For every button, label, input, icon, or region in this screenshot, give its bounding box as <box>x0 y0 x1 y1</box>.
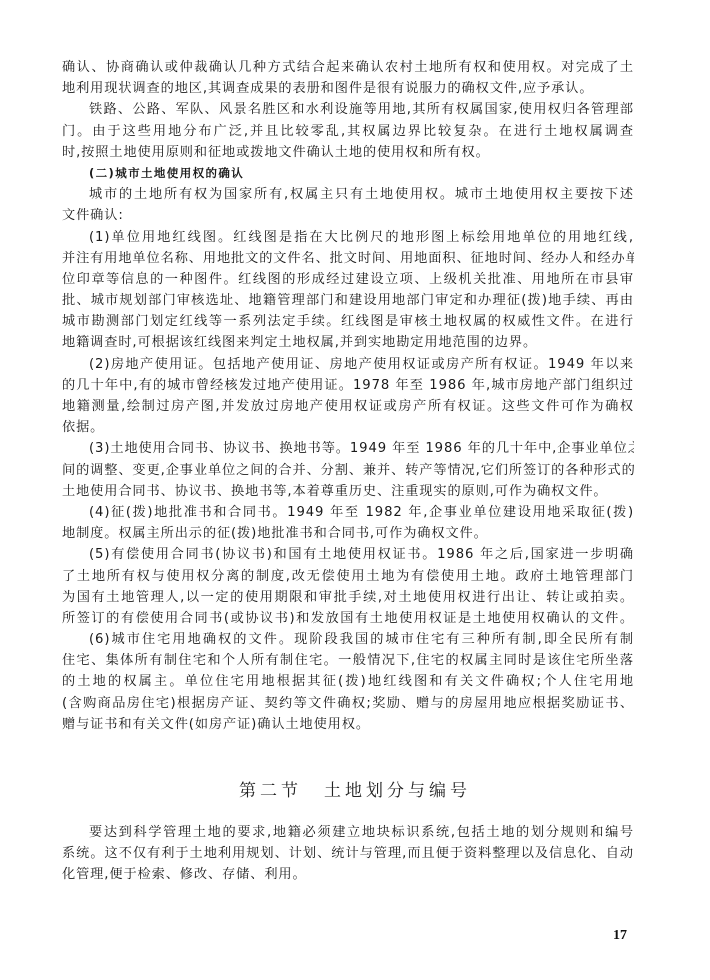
text-line: 时,按照土地使用原则和征地或拨地文件确认土地的使用权和所有权。 <box>62 142 634 163</box>
section-heading: 第二节土地划分与编号 <box>0 776 710 801</box>
text-line: 化管理,便于检索、修改、存储、利用。 <box>62 864 634 885</box>
section-number: 第二节 <box>239 781 302 801</box>
page-number: 17 <box>613 928 627 944</box>
text-line: 住宅、集体所有制住宅和个人所有制住宅。一般情况下,住宅的权属主同时是该住宅所坐落 <box>62 650 634 671</box>
text-line: 地籍测量,绘制过房产图,并发放过房地产使用权证或房产所有权证。这些文件可作为确权 <box>62 396 634 417</box>
text-line: 地籍调查时,可根据该红线图来判定土地权属,并到实地勘定用地范围的边界。 <box>62 332 634 353</box>
text-line: 为国有土地管理人,以一定的使用期限和审批手续,对土地使用权进行出让、转让或拍卖。 <box>62 587 634 608</box>
text-line: 依据。 <box>62 417 634 438</box>
text-line: 间的调整、变更,企事业单位之间的合并、分割、兼并、转产等情况,它们所签订的各种形… <box>62 460 634 481</box>
document-body: 确认、协商确认或仲裁确认几种方式结合起来确认农村土地所有权和使用权。对完成了土地… <box>62 57 634 735</box>
text-line: 城市勘测部门划定红线等一系列法定手续。红线图是审核土地权属的权威性文件。在进行 <box>62 311 634 332</box>
text-line: 所签订的有偿使用合同书(或协议书)和发放国有土地使用权证是土地使用权确认的文件。 <box>62 608 634 629</box>
text-line: 地制度。权属主所出示的征(拨)地批准书和合同书,可作为确权文件。 <box>62 523 634 544</box>
text-line: 门。由于这些用地分布广泛,并且比较零乱,其权属边界比较复杂。在进行土地权属调查 <box>62 121 634 142</box>
text-line: 确认、协商确认或仲裁确认几种方式结合起来确认农村土地所有权和使用权。对完成了土 <box>62 57 634 78</box>
text-line: 要达到科学管理土地的要求,地籍必须建立地块标识系统,包括土地的划分规则和编号 <box>62 822 634 843</box>
paragraph-block-land-division: 要达到科学管理土地的要求,地籍必须建立地块标识系统,包括土地的划分规则和编号系统… <box>62 822 634 886</box>
text-line: 土地使用合同书、协议书、换地书等,本着尊重历史、注重现实的原则,可作为确权文件。 <box>62 481 634 502</box>
paragraph-block-urban-land: 城市的土地所有权为国家所有,权属主只有土地使用权。城市土地使用权主要按下述文件确… <box>62 184 634 735</box>
text-line: 地利用现状调查的地区,其调查成果的表册和图件是很有说服力的确权文件,应予承认。 <box>62 78 634 99</box>
text-line: 的几十年中,有的城市曾经核发过地产使用证。1978 年至 1986 年,城市房地… <box>62 375 634 396</box>
text-line: 系统。这不仅有利于土地利用规划、计划、统计与管理,而且便于资料整理以及信息化、自… <box>62 843 634 864</box>
text-line: 赠与证书和有关文件(如房产证)确认土地使用权。 <box>62 714 634 735</box>
text-line: (2)房地产使用证。包括地产使用证、房地产使用权证或房产所有权证。1949 年以… <box>62 354 634 375</box>
text-line: 文件确认: <box>62 205 634 226</box>
text-line: 的土地的权属主。单位住宅用地根据其征(拨)地红线图和有关文件确权;个人住宅用地 <box>62 671 634 692</box>
text-line: (含购商品房住宅)根据房产证、契约等文件确权;奖励、赠与的房屋用地应根据奖励证书… <box>62 693 634 714</box>
paragraph-block-rural-land: 确认、协商确认或仲裁确认几种方式结合起来确认农村土地所有权和使用权。对完成了土地… <box>62 57 634 163</box>
text-line: 了土地所有权与使用权分离的制度,改无偿使用土地为有偿使用土地。政府土地管理部门 <box>62 566 634 587</box>
text-line: (5)有偿使用合同书(协议书)和国有土地使用权证书。1986 年之后,国家进一步… <box>62 544 634 565</box>
text-line: 并注有用地单位名称、用地批文的文件名、批文时间、用地面积、征地时间、经办人和经办… <box>62 248 634 269</box>
section-title: 土地划分与编号 <box>324 781 471 801</box>
text-line: (6)城市住宅用地确权的文件。现阶段我国的城市住宅有三种所有制,即全民所有制 <box>62 629 634 650</box>
subheading-urban-land-use-rights: (二)城市土地使用权的确认 <box>62 163 634 184</box>
text-line: (4)征(拨)地批准书和合同书。1949 年至 1982 年,企事业单位建设用地… <box>62 502 634 523</box>
text-line: 铁路、公路、军队、风景名胜区和水利设施等用地,其所有权属国家,使用权归各管理部 <box>62 99 634 120</box>
text-line: (1)单位用地红线图。红线图是指在大比例尺的地形图上标绘用地单位的用地红线, <box>62 227 634 248</box>
section-body: 要达到科学管理土地的要求,地籍必须建立地块标识系统,包括土地的划分规则和编号系统… <box>62 822 634 886</box>
text-line: (3)土地使用合同书、协议书、换地书等。1949 年至 1986 年的几十年中,… <box>62 438 634 459</box>
text-line: 批、城市规划部门审核选址、地籍管理部门和建设用地部门审定和办理征(拨)地手续、再… <box>62 290 634 311</box>
text-line: 城市的土地所有权为国家所有,权属主只有土地使用权。城市土地使用权主要按下述 <box>62 184 634 205</box>
text-line: 位印章等信息的一种图件。红线图的形成经过建设立项、上级机关批准、用地所在市县审 <box>62 269 634 290</box>
